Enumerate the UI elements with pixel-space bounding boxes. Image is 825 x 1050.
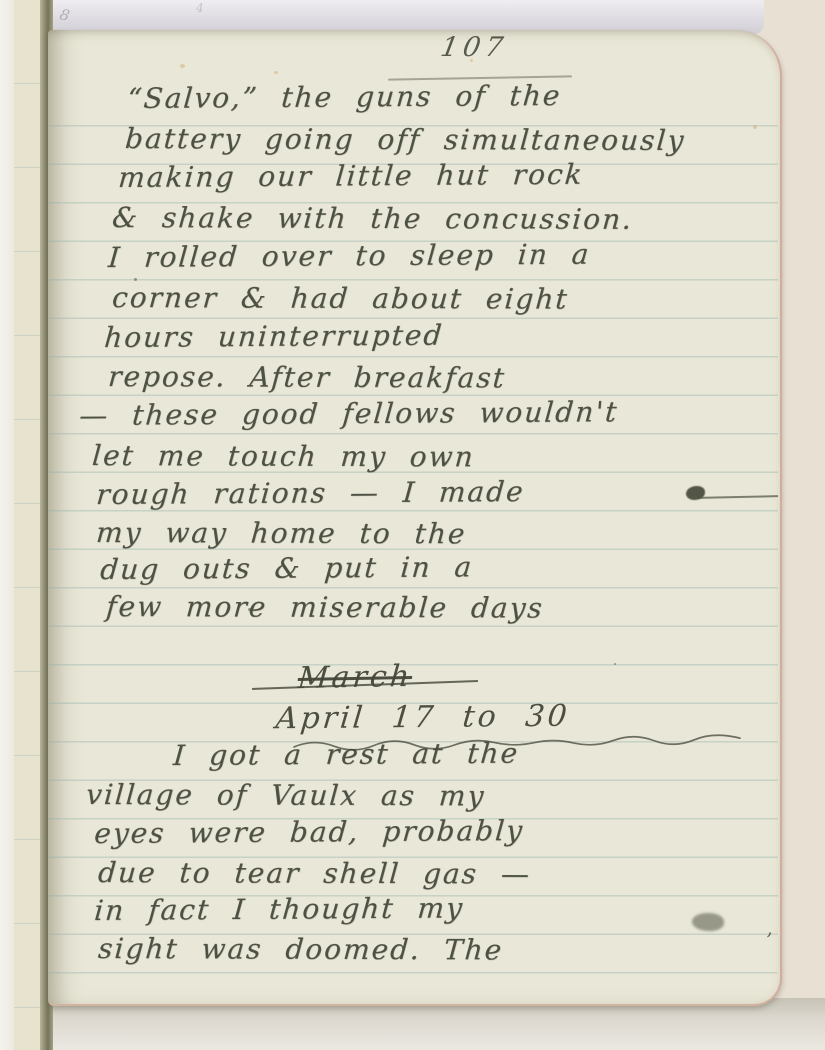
handwriting-line: & shake with the concussion. [111, 201, 634, 236]
handwriting-line: few more miserable days [105, 590, 545, 625]
handwriting-line: corner & had about eight [111, 281, 570, 316]
handwriting-line: dug outs & put in a [99, 550, 475, 586]
handwriting-line: village of Vaulx as my [85, 778, 487, 812]
handwriting-line: — these good fellows wouldn't [78, 395, 620, 432]
scanned-diary-page: 8 4 107 “Salvo,” the guns of thebattery … [0, 0, 825, 1050]
handwriting-line: due to tear shell gas — [97, 856, 532, 891]
handwriting-line: my way home to the [95, 516, 468, 550]
handwriting-line: in fact I thought my [93, 891, 465, 927]
handwriting-line: let me touch my own [91, 439, 476, 473]
struck-month-heading: March [296, 659, 413, 696]
handwriting-line: “Salvo,” the guns of the [126, 79, 563, 115]
handwriting-line: I rolled over to sleep in a [107, 238, 592, 274]
ink-smudge [692, 913, 724, 931]
date-range-heading: April 17 to 30 [274, 699, 571, 737]
stray-pen-mark: ’ [766, 928, 772, 952]
handwriting-line: repose. After breakfast [107, 360, 507, 394]
handwriting-line: making our little hut rock [117, 158, 585, 194]
handwriting-line: hours uninterrupted [103, 319, 445, 354]
handwriting-layer: “Salvo,” the guns of thebattery going of… [0, 0, 825, 1050]
handwriting-line: eyes were bad, probably [93, 814, 525, 850]
handwriting-line: battery going off simultaneously [124, 122, 687, 157]
handwriting-line: rough rations — I made [95, 475, 526, 511]
handwriting-line: sight was doomed. The [97, 932, 504, 966]
